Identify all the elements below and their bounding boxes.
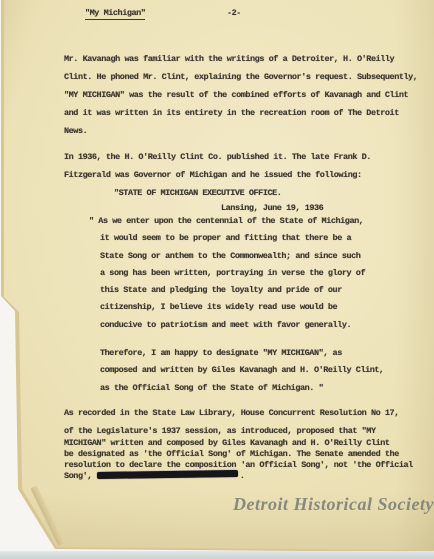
governor-quote-part-2: Therefore, I am happy to designate "MY M…	[0, 345, 384, 397]
page-number: -2-	[227, 8, 241, 18]
text-line: it would seem to be proper and fitting t…	[100, 230, 365, 247]
text-line: In 1936, the H. O'Reilly Clint Co. publi…	[64, 148, 371, 166]
text-line: this State and pledging the loyalty and …	[100, 282, 365, 299]
text-line: MICHIGAN" written and composed by Giles …	[64, 438, 413, 449]
text-line: Fitzgerald was Governor of Michigan and …	[64, 166, 371, 184]
document-scan: "My Michigan" -2- Mr. Kavanagh was famil…	[0, 0, 434, 559]
text-line: a song has been written, portraying in v…	[100, 265, 365, 282]
paragraph-kavanagh-clint: Mr. Kavanagh was familiar with the writi…	[64, 50, 417, 140]
scanner-background-strip	[0, 551, 434, 559]
text-line: Mr. Kavanagh was familiar with the writi…	[64, 50, 417, 68]
text-line: composed and written by Giles Kavanagh a…	[100, 362, 384, 379]
redacted-line-prefix: Song',	[64, 471, 92, 481]
paragraph-senate-amendment: MICHIGAN" written and composed by Giles …	[64, 438, 413, 482]
text-line: "MY MICHIGAN" was the result of the comb…	[64, 86, 417, 104]
text-line: as the Official Song of the State of Mic…	[100, 380, 384, 397]
text-line: As recorded in the State Law Library, Ho…	[64, 404, 399, 422]
text-line: conducive to patriotism and meet with fa…	[100, 317, 365, 334]
redaction-bar	[97, 470, 238, 479]
paragraph-law-library: As recorded in the State Law Library, Ho…	[64, 404, 399, 440]
governor-quote-part-1: " As we enter upon the centennial of the…	[0, 213, 365, 334]
text-line: citizenship, I believe its widely read u…	[100, 299, 365, 316]
document-title: "My Michigan"	[85, 8, 145, 20]
redacted-line: Song',.	[64, 471, 413, 482]
detroit-historical-society-watermark: Detroit Historical Society	[233, 494, 423, 515]
text-line: State Song or anthem to the Commonwealth…	[100, 248, 365, 265]
paragraph-published-1936: In 1936, the H. O'Reilly Clint Co. publi…	[64, 148, 371, 184]
text-line: Therefore, I am happy to designate "MY M…	[100, 345, 384, 362]
text-line: News.	[64, 122, 417, 140]
text-line: be designated as 'the Official Song' of …	[64, 449, 413, 460]
text-line: resolution to declare the composition 'a…	[64, 460, 413, 471]
text-line: " As we enter upon the centennial of the…	[100, 213, 365, 230]
redacted-line-suffix: .	[240, 471, 245, 481]
text-line: Clint. He phoned Mr. Clint, explaining t…	[64, 68, 417, 86]
text-line: and it was written in its entirety in th…	[64, 104, 417, 122]
